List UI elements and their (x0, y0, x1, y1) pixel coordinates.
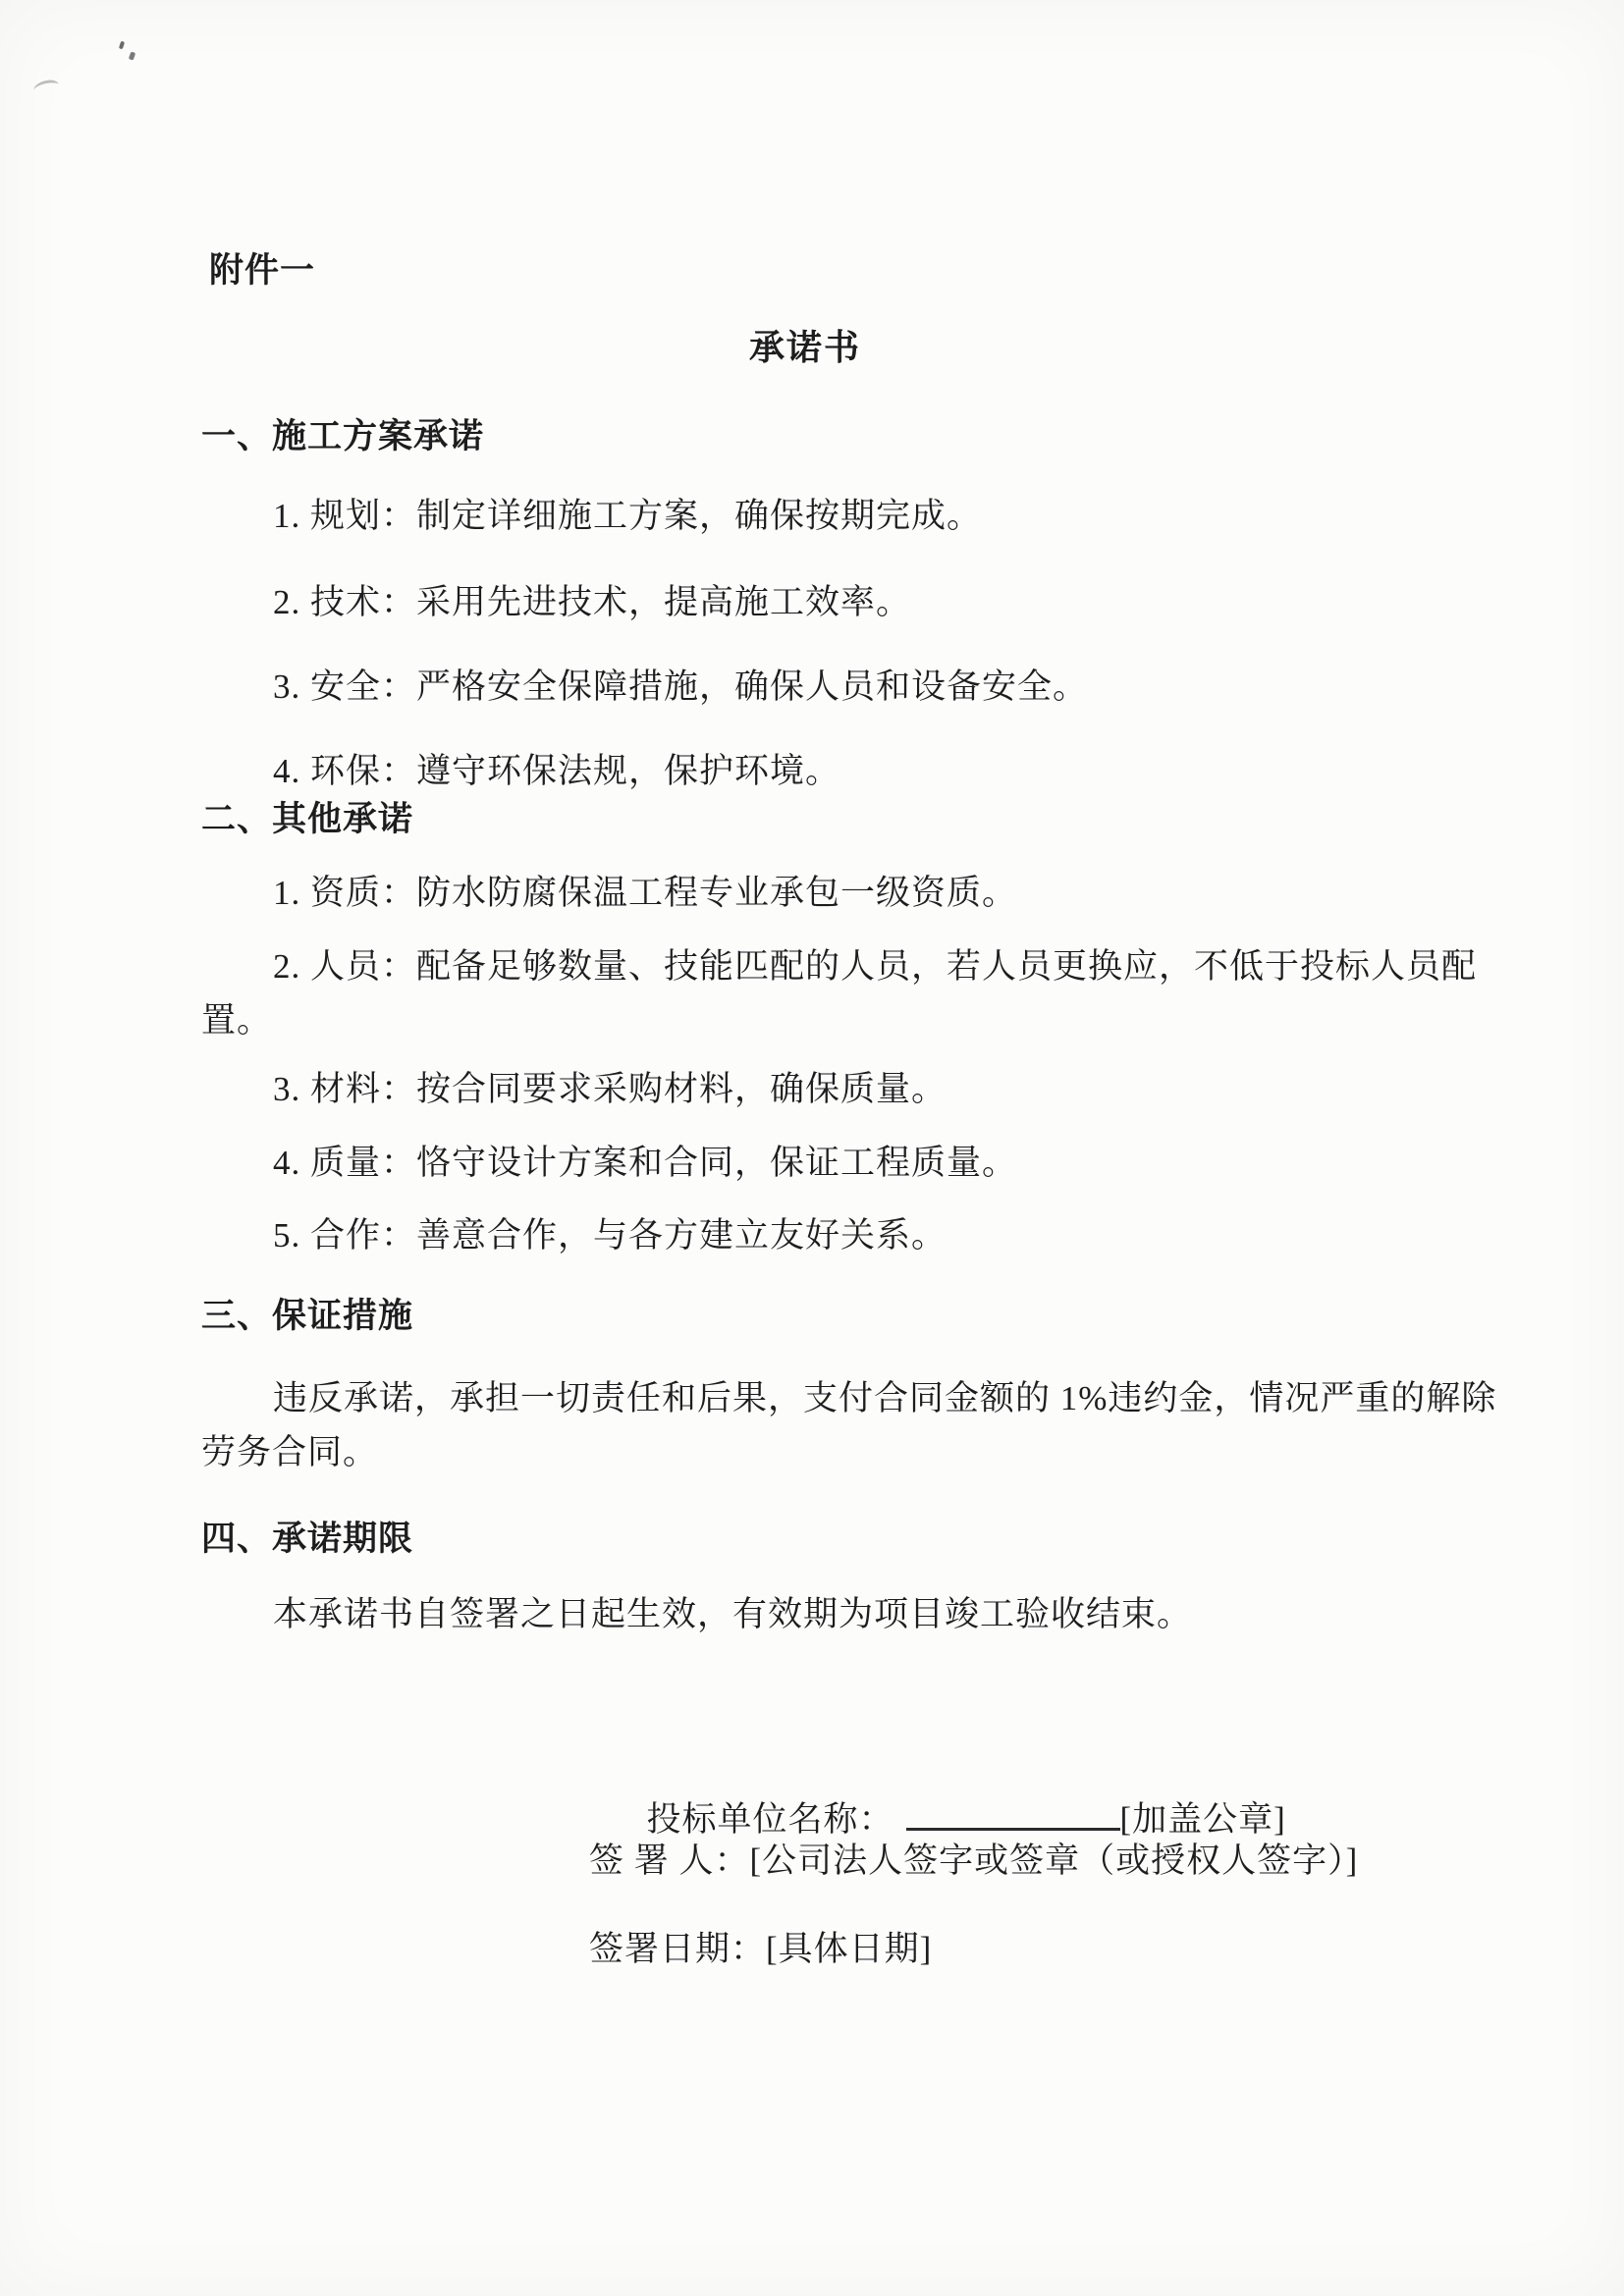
section-2-item-4: 4. 质量：恪守设计方案和合同，保证工程质量。 (201, 1136, 1497, 1190)
section-1-item-2: 2. 技术：采用先进技术，提高施工效率。 (201, 575, 1497, 629)
section-2-item-5: 5. 合作：善意合作，与各方建立友好关系。 (201, 1208, 1497, 1262)
document-content: 附件一 承诺书 一、施工方案承诺 1. 规划：制定详细施工方案，确保按期完成。 … (201, 0, 1497, 2296)
scan-artifact-icon (129, 51, 135, 60)
section-2-item-1: 1. 资质：防水防腐保温工程专业承包一级资质。 (201, 866, 1497, 920)
document-title: 承诺书 (749, 320, 861, 370)
section-1-item-4: 4. 环保：遵守环保法规，保护环境。 (201, 744, 1497, 798)
section-2-item-3: 3. 材料：按合同要求采购材料，确保质量。 (201, 1062, 1497, 1116)
scan-artifact-icon (119, 41, 125, 50)
attachment-label: 附件一 (209, 243, 315, 293)
scan-artifact-icon (32, 79, 60, 96)
section-2-item-2: 2. 人员：配备足够数量、技能匹配的人员，若人员更换应，不低于投标人员配置。 (201, 939, 1497, 1047)
signature-signer-line: 签 署 人：[公司法人签字或签章（或授权人签字）] (589, 1834, 1358, 1883)
section-4-heading: 四、承诺期限 (201, 1517, 1497, 1562)
section-1-heading: 一、施工方案承诺 (201, 414, 1497, 459)
signature-date-line: 签署日期：[具体日期] (589, 1922, 932, 1971)
section-3-heading: 三、保证措施 (201, 1294, 1497, 1339)
signature-unit-blank-field (906, 1792, 1120, 1831)
scanned-document-page: 附件一 承诺书 一、施工方案承诺 1. 规划：制定详细施工方案，确保按期完成。 … (0, 0, 1624, 2296)
section-2-heading: 二、其他承诺 (201, 797, 1497, 842)
section-1-item-1: 1. 规划：制定详细施工方案，确保按期完成。 (201, 489, 1497, 543)
section-3-paragraph: 违反承诺，承担一切责任和后果，支付合同金额的 1%违约金，情况严重的解除劳务合同… (201, 1371, 1497, 1479)
section-4-paragraph: 本承诺书自签署之日起生效，有效期为项目竣工验收结束。 (201, 1587, 1497, 1641)
section-1-item-3: 3. 安全：严格安全保障措施，确保人员和设备安全。 (201, 660, 1497, 714)
